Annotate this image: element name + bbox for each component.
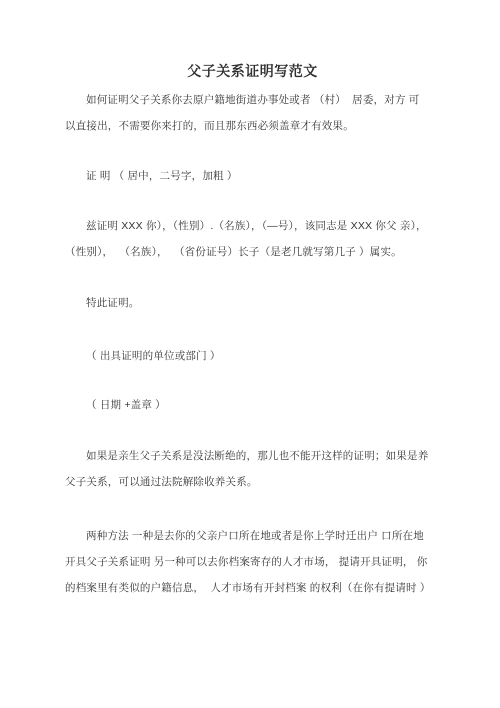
text-line: 兹证明 XXX 你），（性别）.（名族），（—号），该同志是 XXX 你父 亲）… [65, 213, 440, 239]
text-line: 以直接出，不需要你来打的，而且那东西必须盖章才有效果。 [65, 113, 440, 139]
text-line: 的档案里有类似的户籍信息， 人才市场有开封档案 的权利（在你有提请时 ） [65, 575, 440, 601]
paragraph: （ 日期 +盖章 ） [65, 392, 440, 418]
text-line: 开具父子关系证明 另一种可以去你档案寄存的人才市场， 提请开具证明， 你 [65, 549, 440, 575]
text-line: 两种方法 一种是去你的父亲户口所在地或者是你上学时迁出户 口所在地 [65, 523, 440, 549]
document-content: 父子关系证明写范文 如何证明父子关系你去原户籍地街道办事处或者 （村） 居委，对… [0, 0, 500, 601]
paragraph: 如果是亲生父子关系是没法断绝的，那儿也不能开这样的证明；如果是养 父子关系，可以… [65, 443, 440, 495]
text-line: （ 出具证明的单位或部门 ） [65, 343, 440, 369]
paragraph: 兹证明 XXX 你），（性别）.（名族），（—号），该同志是 XXX 你父 亲）… [65, 213, 440, 265]
document-page: 父子关系证明写范文 如何证明父子关系你去原户籍地街道办事处或者 （村） 居委，对… [0, 0, 500, 708]
paragraph: 证 明 （ 居中，二号字，加粗 ） [65, 163, 440, 189]
paragraph: 两种方法 一种是去你的父亲户口所在地或者是你上学时迁出户 口所在地 开具父子关系… [65, 523, 440, 601]
text-line: 特此证明。 [65, 290, 440, 316]
text-line: （性别）， （名族）， （省份证号）长子（是老几就写第几子 ）属实。 [65, 239, 440, 265]
text-line: 如何证明父子关系你去原户籍地街道办事处或者 （村） 居委，对方 可 [65, 87, 440, 113]
text-line: （ 日期 +盖章 ） [65, 392, 440, 418]
text-line: 如果是亲生父子关系是没法断绝的，那儿也不能开这样的证明；如果是养 [65, 443, 440, 469]
paragraph: 如何证明父子关系你去原户籍地街道办事处或者 （村） 居委，对方 可 以直接出，不… [65, 87, 440, 139]
text-line: 父子关系，可以通过法院解除收养关系。 [65, 469, 440, 495]
paragraph: （ 出具证明的单位或部门 ） [65, 343, 440, 369]
document-title: 父子关系证明写范文 [65, 58, 440, 84]
paragraph: 特此证明。 [65, 290, 440, 316]
text-line: 证 明 （ 居中，二号字，加粗 ） [65, 163, 440, 189]
